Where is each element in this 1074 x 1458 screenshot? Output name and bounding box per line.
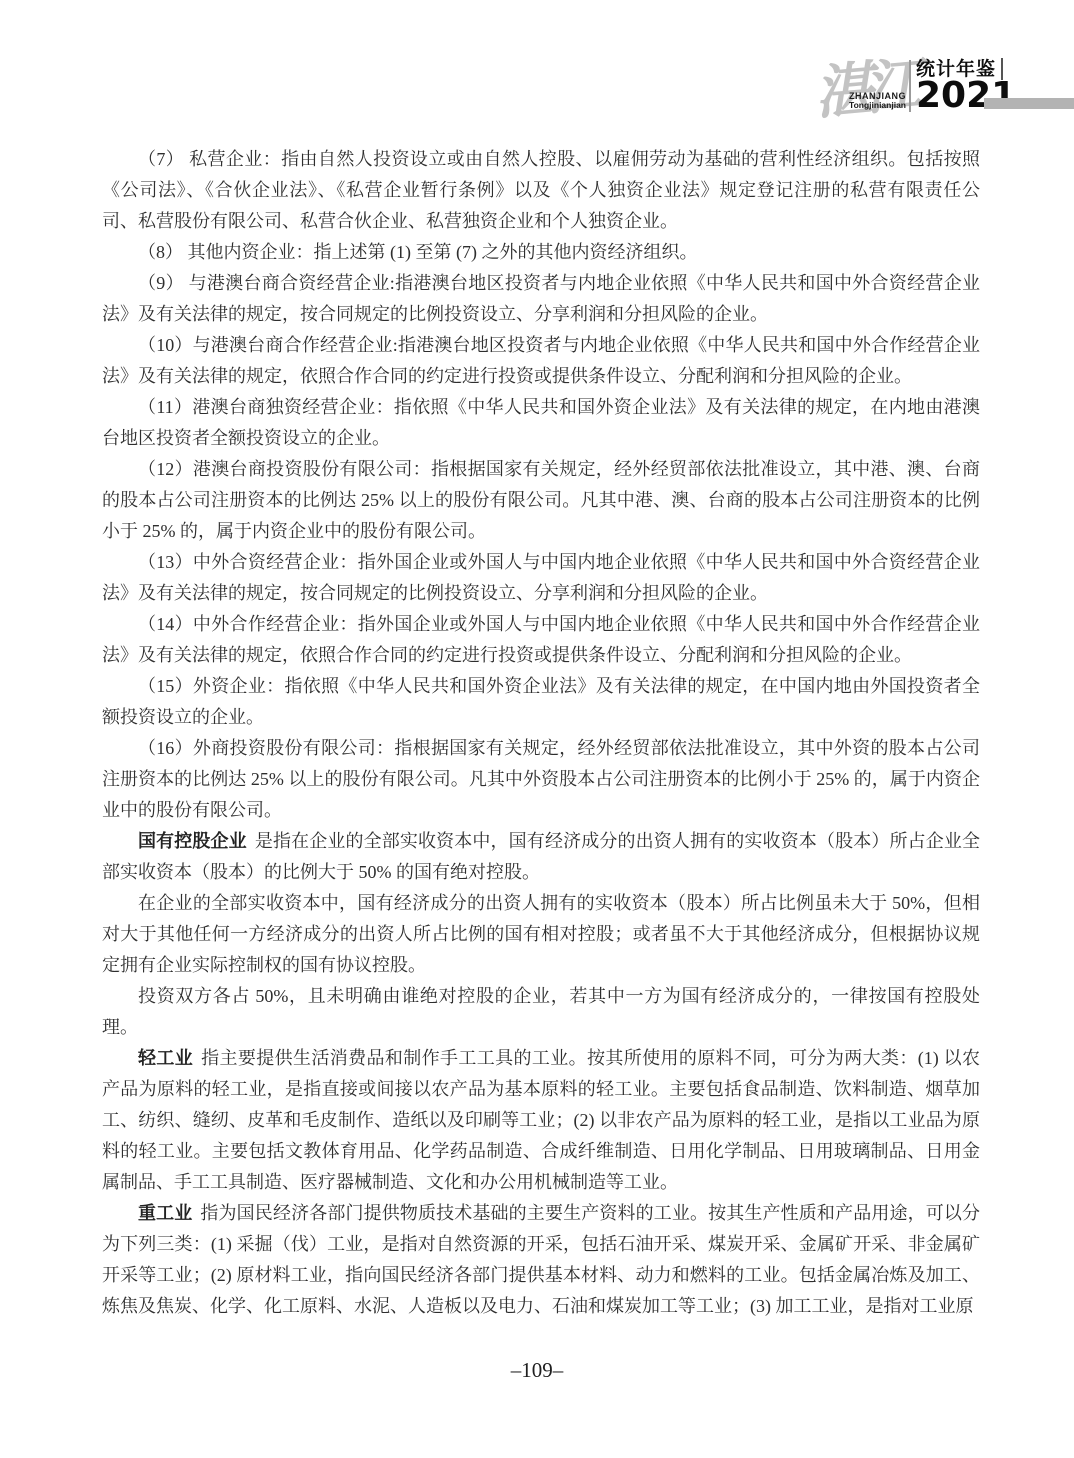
page-number: –109– <box>511 1358 564 1382</box>
definition-paragraph: （7） 私营企业：指由自然人投资设立或由自然人控股、以雇佣劳动为基础的营利性经济… <box>102 144 980 237</box>
page-header: 湛江 ZHANJIANG Tongjinianjian 统计年鉴 2021 <box>0 0 1074 140</box>
definition-text: （16）外商投资股份有限公司：指根据国家有关规定，经外经贸部依法批准设立，其中外… <box>102 738 980 820</box>
definition-paragraph: 国有控股企业是指在企业的全部实收资本中，国有经济成分的出资人拥有的实收资本（股本… <box>102 826 980 888</box>
definition-text: （15）外资企业：指依照《中华人民共和国外资企业法》及有关法律的规定，在中国内地… <box>102 676 980 727</box>
definition-text: （12）港澳台商投资股份有限公司：指根据国家有关规定，经外经贸部依法批准设立，其… <box>102 459 980 541</box>
header-rule-bar <box>984 98 1074 109</box>
page-footer: –109– <box>0 1358 1074 1383</box>
definition-paragraph: （9） 与港澳台商合资经营企业:指港澳台地区投资者与内地企业依照《中华人民共和国… <box>102 268 980 330</box>
definition-text: 在企业的全部实收资本中，国有经济成分的出资人拥有的实收资本（股本）所占比例虽未大… <box>102 893 980 975</box>
definition-text: （13）中外合资经营企业：指外国企业或外国人与中国内地企业依照《中华人民共和国中… <box>102 552 980 603</box>
definition-paragraph: （11）港澳台商独资经营企业：指依照《中华人民共和国外资企业法》及有关法律的规定… <box>102 392 980 454</box>
definition-text: （11）港澳台商独资经营企业：指依照《中华人民共和国外资企业法》及有关法律的规定… <box>102 397 980 448</box>
definition-text: （10）与港澳台商合作经营企业:指港澳台地区投资者与内地企业依照《中华人民共和国… <box>102 335 980 386</box>
definition-paragraph: 投资双方各占 50%，且未明确由谁绝对控股的企业，若其中一方为国有经济成分的，一… <box>102 981 980 1043</box>
definition-paragraph: 在企业的全部实收资本中，国有经济成分的出资人拥有的实收资本（股本）所占比例虽未大… <box>102 888 980 981</box>
city-pinyin-block: ZHANJIANG Tongjinianjian <box>830 92 906 110</box>
yearbook-pinyin-name: Tongjinianjian <box>830 101 906 110</box>
definitions-text-body: （7） 私营企业：指由自然人投资设立或由自然人控股、以雇佣劳动为基础的营利性经济… <box>102 144 980 1322</box>
definition-term: 轻工业 <box>138 1048 193 1068</box>
document-page: 湛江 ZHANJIANG Tongjinianjian 统计年鉴 2021 （7… <box>0 0 1074 1458</box>
definition-term: 国有控股企业 <box>138 831 247 851</box>
definition-paragraph: （13）中外合资经营企业：指外国企业或外国人与中国内地企业依照《中华人民共和国中… <box>102 547 980 609</box>
definition-text: （14）中外合作经营企业：指外国企业或外国人与中国内地企业依照《中华人民共和国中… <box>102 614 980 665</box>
definition-text: 指为国民经济各部门提供物质技术基础的主要生产资料的工业。按其生产性质和产品用途，… <box>102 1203 980 1316</box>
logo-divider-line <box>909 60 911 112</box>
definition-paragraph: 轻工业指主要提供生活消费品和制作手工工具的工业。按其所使用的原料不同，可分为两大… <box>102 1043 980 1198</box>
definition-text: 投资双方各占 50%，且未明确由谁绝对控股的企业，若其中一方为国有经济成分的，一… <box>102 986 980 1037</box>
definition-text: （9） 与港澳台商合资经营企业:指港澳台地区投资者与内地企业依照《中华人民共和国… <box>102 273 980 324</box>
city-calligraphy-logo: 湛江 <box>811 38 918 130</box>
definition-text: （8） 其他内资企业：指上述第 (1) 至第 (7) 之外的其他内资经济组织。 <box>138 242 697 262</box>
definition-text: 指主要提供生活消费品和制作手工工具的工业。按其所使用的原料不同，可分为两大类：(… <box>102 1048 980 1192</box>
definition-paragraph: （16）外商投资股份有限公司：指根据国家有关规定，经外经贸部依法批准设立，其中外… <box>102 733 980 826</box>
definition-paragraph: （14）中外合作经营企业：指外国企业或外国人与中国内地企业依照《中华人民共和国中… <box>102 609 980 671</box>
definition-paragraph: （15）外资企业：指依照《中华人民共和国外资企业法》及有关法律的规定，在中国内地… <box>102 671 980 733</box>
definition-paragraph: （10）与港澳台商合作经营企业:指港澳台地区投资者与内地企业依照《中华人民共和国… <box>102 330 980 392</box>
definition-paragraph: （8） 其他内资企业：指上述第 (1) 至第 (7) 之外的其他内资经济组织。 <box>102 237 980 268</box>
definition-term: 重工业 <box>138 1203 192 1223</box>
definition-text: （7） 私营企业：指由自然人投资设立或由自然人控股、以雇佣劳动为基础的营利性经济… <box>102 149 980 231</box>
definition-paragraph: 重工业指为国民经济各部门提供物质技术基础的主要生产资料的工业。按其生产性质和产品… <box>102 1198 980 1322</box>
definition-paragraph: （12）港澳台商投资股份有限公司：指根据国家有关规定，经外经贸部依法批准设立，其… <box>102 454 980 547</box>
